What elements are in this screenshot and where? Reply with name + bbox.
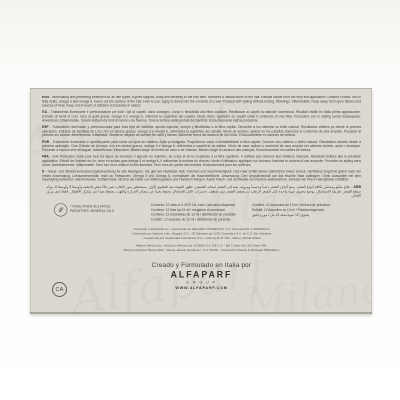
lang-text-esp: - Tratamiento iluminador y perfeccionado… <box>42 126 361 138</box>
lang-code-ita: ITA <box>42 111 47 114</box>
lang-code-esp: ESP <box>42 126 49 129</box>
lang-code-por: POR <box>42 141 49 144</box>
ca-certification-mark: CA <box>52 282 67 297</box>
paragraph-ita: ITA - Trattamento illuminante e perfezio… <box>42 111 361 123</box>
paragraph-eng: ENG - Illuminating and perfecting treatm… <box>42 96 361 108</box>
lang-code-eng: ENG <box>42 96 49 99</box>
contents-arb: يحتوي: 12 عبوة سعة 13 مل / موزع دقيق <box>252 213 340 218</box>
lang-code-ger: D <box>42 170 44 173</box>
brand-block: Creado y Formulado en Italia por ALFAPAR… <box>42 262 361 290</box>
ca-mark-text: CA <box>55 287 63 293</box>
made-in-line2: Parque Industrial Toluca 2000 - Toluca, … <box>42 249 361 253</box>
panel-content: ENG - Illuminating and perfecting treatm… <box>42 96 361 314</box>
brand-website: WWW.ALFAPARF.COM <box>42 286 361 290</box>
contents-ger: Enthält: 12 Ampullen zu 13 ml / Präzisio… <box>252 208 340 213</box>
lang-text-fra: - Soin Perfecteur Éclat pour tous les ty… <box>42 155 361 167</box>
brand-group-label: GROUP <box>44 281 361 285</box>
distribution-line3: • Guatemala por Guatemala Cosméticos S.A… <box>42 237 361 241</box>
lang-code-arb: ARB <box>353 185 361 189</box>
contents-por: Contém: 12 ampolas de 13 ml / distribuid… <box>151 217 245 222</box>
contents-column-2: Contient: 12 ampoules de 13 ml / embout … <box>252 203 340 218</box>
lang-text-por: - Tratamento iluminador e aperfeiçoador … <box>42 141 361 153</box>
free-from-text: * FREE FROM SULFATES, PARAFFINS, MINERAL… <box>70 206 114 214</box>
lang-code-fra: FRA <box>42 155 49 158</box>
lang-text-ita: - Trattamento illuminante e perfezionato… <box>42 111 361 123</box>
free-from-claim: * FREE FROM SULFATES, PARAFFINS, MINERAL… <box>54 203 146 216</box>
paragraph-por: POR - Tratamento iluminador e aperfeiçoa… <box>42 141 361 153</box>
made-in-block: Made in Mexico by / Hecho en México por:… <box>42 245 361 253</box>
packaging-photo: { "panel": { "languages": [ {"code":"ENG… <box>0 0 400 400</box>
contents-column-1: Contents: 12 vials of 0.43 Fl.Oz. each /… <box>151 203 245 222</box>
paragraph-fra: FRA - Soin Perfecteur Éclat pour tous le… <box>42 155 361 167</box>
contents-section: * FREE FROM SULFATES, PARAFFINS, MINERAL… <box>42 203 361 222</box>
paragraph-ger: D - Glanz- und Strukturverbesserungsbeha… <box>42 170 361 182</box>
origin-statement: Creado y Formulado en Italia por <box>42 262 361 269</box>
distribution-block: Importado y distribuido en: • Venezuela … <box>42 228 361 241</box>
paragraph-arb: ARB - علاج ملمّع ومحسّن لكافة أنواع الشع… <box>42 185 361 198</box>
paragraph-esp: ESP - Tratamiento iluminador y perfeccio… <box>42 126 361 138</box>
lang-text-eng: - Illuminating and perfecting treatment … <box>42 96 361 108</box>
brand-logo: ALFAPARF <box>42 270 361 280</box>
free-from-line2: PARAFFINS, MINERAL OILS <box>70 210 114 214</box>
packaging-back-panel: Alfaparf Milano Alfaparf Milano ENG - Il… <box>30 88 372 314</box>
lang-text-ger: - Glanz- und Strukturverbesserungsbehand… <box>42 170 361 182</box>
leaf-icon <box>54 203 67 216</box>
lang-text-arb: - علاج ملمّع ومحسّن لكافة أنواع الشعر: ي… <box>46 185 361 198</box>
